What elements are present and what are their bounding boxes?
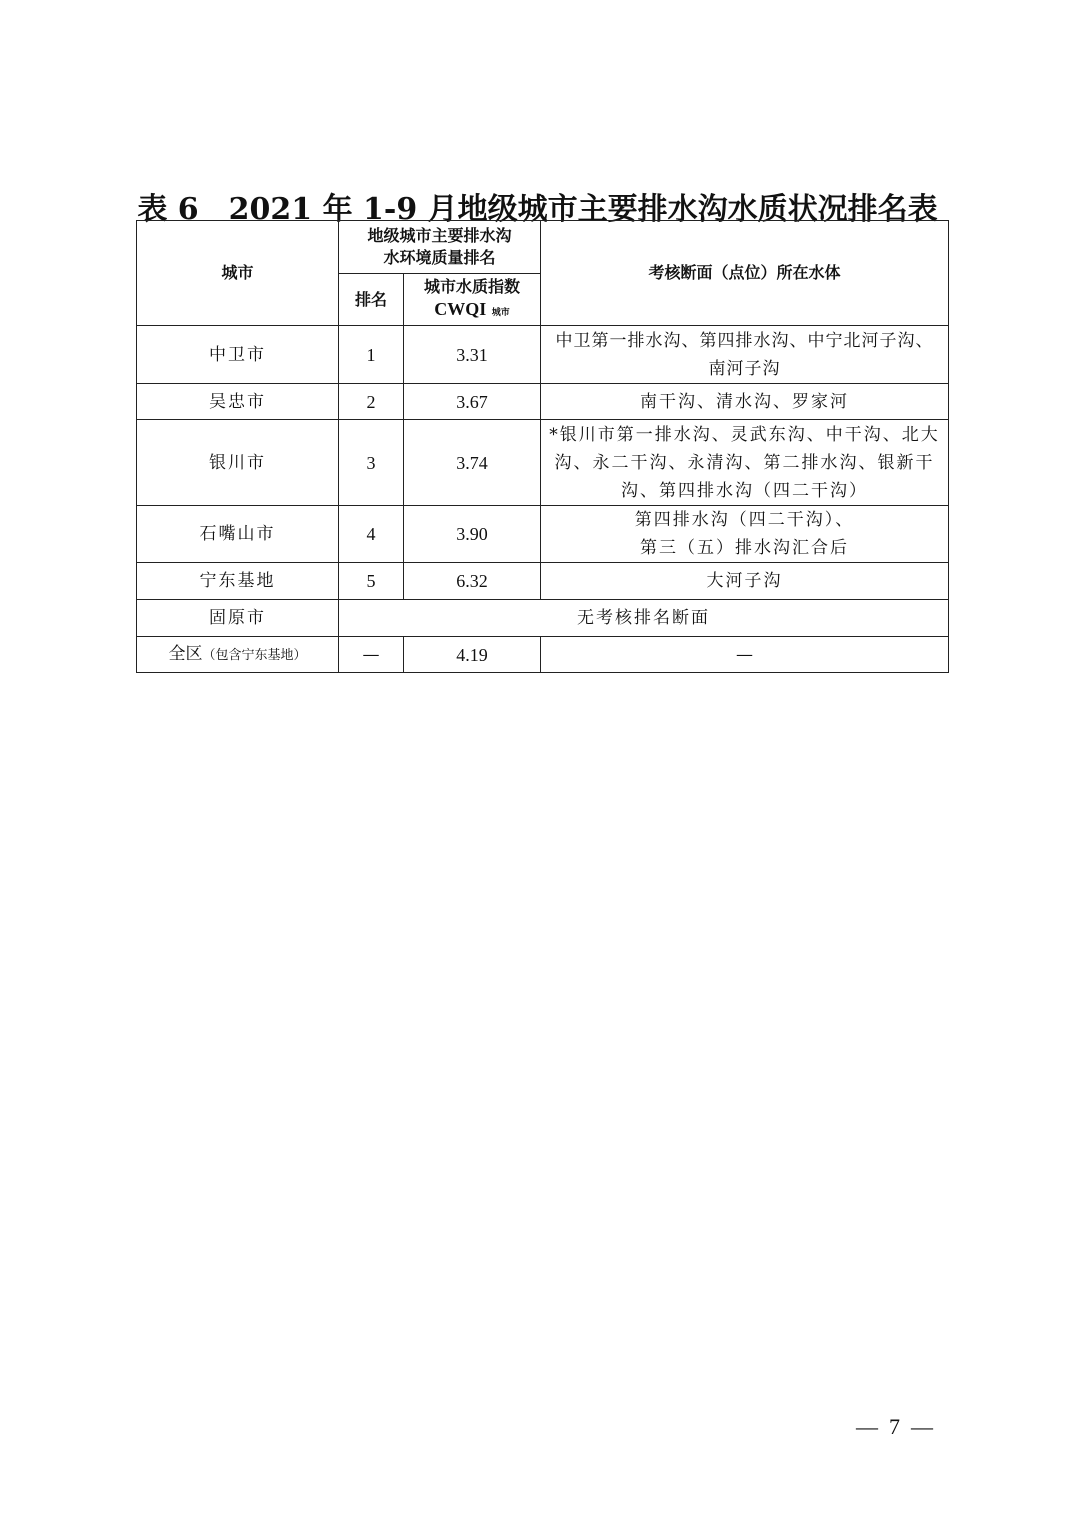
city-cell: 石嘴山市 xyxy=(137,506,339,563)
cwqi-cell: 4.19 xyxy=(404,637,541,673)
header-row-1: 城市 地级城市主要排水沟 水环境质量排名 考核断面（点位）所在水体 xyxy=(137,221,949,274)
table-row: 石嘴山市 4 3.90 第四排水沟（四二干沟）、 第三（五）排水沟汇合后 xyxy=(137,506,949,563)
water-quality-ranking-table: 城市 地级城市主要排水沟 水环境质量排名 考核断面（点位）所在水体 排名 城市水… xyxy=(136,220,949,673)
location-cell: *银川市第一排水沟、灵武东沟、中干沟、北大沟、永二干沟、永清沟、第二排水沟、银新… xyxy=(541,420,949,506)
city-cell: 宁东基地 xyxy=(137,563,339,600)
cwqi-label: CWQI xyxy=(434,299,486,319)
total-note: （包含宁东基地） xyxy=(202,648,306,663)
page-number: — 7 — xyxy=(856,1414,933,1440)
table-row-total: 全区（包含宁东基地） — 4.19 — xyxy=(137,637,949,673)
location-cell: 南干沟、清水沟、罗家河 xyxy=(541,384,949,420)
no-ranking-note: 无考核排名断面 xyxy=(339,600,949,637)
table-row: 宁东基地 5 6.32 大河子沟 xyxy=(137,563,949,600)
header-group-line2: 水环境质量排名 xyxy=(345,247,534,269)
location-line2: 第三（五）排水沟汇合后 xyxy=(547,534,942,562)
header-location: 考核断面（点位）所在水体 xyxy=(541,221,949,326)
header-city: 城市 xyxy=(137,221,339,326)
rank-cell: 4 xyxy=(339,506,404,563)
cwqi-cell: 3.67 xyxy=(404,384,541,420)
location-line1: 第四排水沟（四二干沟）、 xyxy=(547,506,942,534)
location-cell: 中卫第一排水沟、第四排水沟、中宁北河子沟、南河子沟 xyxy=(541,326,949,384)
cwqi-cell: 3.74 xyxy=(404,420,541,506)
rank-cell: 1 xyxy=(339,326,404,384)
table-row: 吴忠市 2 3.67 南干沟、清水沟、罗家河 xyxy=(137,384,949,420)
city-cell: 全区（包含宁东基地） xyxy=(137,637,339,673)
header-group-line1: 地级城市主要排水沟 xyxy=(345,225,534,247)
total-label: 全区 xyxy=(168,644,202,664)
rank-cell: — xyxy=(339,637,404,673)
location-cell: 大河子沟 xyxy=(541,563,949,600)
rank-cell: 3 xyxy=(339,420,404,506)
header-rank: 排名 xyxy=(339,274,404,326)
city-cell: 中卫市 xyxy=(137,326,339,384)
cwqi-cell: 6.32 xyxy=(404,563,541,600)
header-cwqi-line2: CWQI 城市 xyxy=(410,298,534,324)
table-row: 中卫市 1 3.31 中卫第一排水沟、第四排水沟、中宁北河子沟、南河子沟 xyxy=(137,326,949,384)
rank-cell: 5 xyxy=(339,563,404,600)
table-row-guyuan: 固原市 无考核排名断面 xyxy=(137,600,949,637)
city-cell: 银川市 xyxy=(137,420,339,506)
header-cwqi: 城市水质指数 CWQI 城市 xyxy=(404,274,541,326)
location-cell: — xyxy=(541,637,949,673)
header-group: 地级城市主要排水沟 水环境质量排名 xyxy=(339,221,541,274)
city-cell: 吴忠市 xyxy=(137,384,339,420)
cwqi-subscript: 城市 xyxy=(492,308,510,318)
city-cell: 固原市 xyxy=(137,600,339,637)
cwqi-cell: 3.90 xyxy=(404,506,541,563)
cwqi-cell: 3.31 xyxy=(404,326,541,384)
location-cell: 第四排水沟（四二干沟）、 第三（五）排水沟汇合后 xyxy=(541,506,949,563)
table-row: 银川市 3 3.74 *银川市第一排水沟、灵武东沟、中干沟、北大沟、永二干沟、永… xyxy=(137,420,949,506)
header-cwqi-line1: 城市水质指数 xyxy=(410,276,534,298)
rank-cell: 2 xyxy=(339,384,404,420)
